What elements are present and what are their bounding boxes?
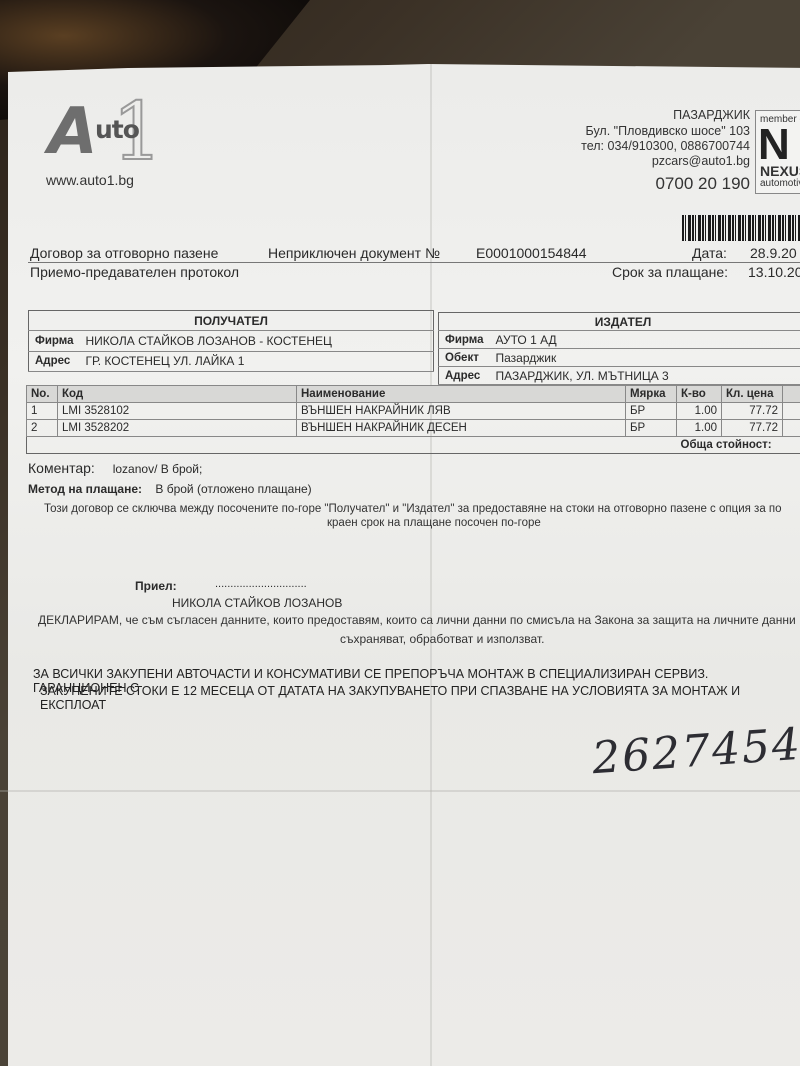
issuer-box: ИЗДАТЕЛ Фирма АУТО 1 АД Обект Пазарджик … xyxy=(438,312,800,385)
row-extra xyxy=(783,403,800,420)
date-label: Дата: xyxy=(692,245,727,261)
doc-subtype: Приемо-предавателен протокол xyxy=(30,264,239,280)
badge-name: NEXUS xyxy=(760,163,800,179)
total-label: Обща стойност: xyxy=(677,437,800,454)
contract-text-line2: краен срок на плащане посочен по-горе xyxy=(327,517,541,529)
row-price: 77.72 xyxy=(722,420,783,437)
payment-label: Метод на плащане: xyxy=(28,482,142,496)
signature-line: .............................. xyxy=(215,578,307,590)
company-website: www.auto1.bg xyxy=(46,172,134,188)
issuer-address: ПАЗАРДЖИК, УЛ. МЪТНИЦА 3 xyxy=(490,367,800,385)
comment-line: Коментар: lozanov/ В брой; xyxy=(28,460,202,476)
doc-number-label: Неприключен документ № xyxy=(268,245,440,261)
items-table: No. Код Наименование Мярка К-во Кл. цена… xyxy=(26,385,800,454)
col-no: No. xyxy=(27,386,58,403)
logo-letter: A xyxy=(48,100,98,164)
company-city: ПАЗАРДЖИК xyxy=(673,108,750,122)
col-name: Наименование xyxy=(297,386,626,403)
items-header-row: No. Код Наименование Мярка К-во Кл. цена xyxy=(27,386,800,403)
paper-fold xyxy=(0,790,800,792)
badge-letter: N xyxy=(758,123,790,167)
col-code: Код xyxy=(58,386,297,403)
declaration-line2: съхраняват, обработват и използват. xyxy=(340,632,544,646)
recipient-address-label: Адрес xyxy=(29,351,80,371)
row-code: LMI 3528102 xyxy=(58,403,297,420)
issuer-title: ИЗДАТЕЛ xyxy=(439,313,800,331)
row-unit: БР xyxy=(626,420,677,437)
col-qty: К-во xyxy=(677,386,722,403)
warranty-line2: ЗАКУПЕНИТЕ СТОКИ Е 12 МЕСЕЦА ОТ ДАТАТА Н… xyxy=(40,684,800,712)
col-extra xyxy=(783,386,800,403)
received-label: Приел: xyxy=(135,579,177,593)
recipient-title: ПОЛУЧАТЕЛ xyxy=(29,311,434,331)
company-hotline: 0700 20 190 xyxy=(655,174,750,194)
due-date: 13.10.20 xyxy=(748,264,800,280)
recipient-address: ГР. КОСТЕНЕЦ УЛ. ЛАЙКА 1 xyxy=(80,351,434,371)
recipient-firm: НИКОЛА СТАЙКОВ ЛОЗАНОВ - КОСТЕНЕЦ xyxy=(80,331,434,351)
divider xyxy=(28,262,800,263)
row-price: 77.72 xyxy=(722,403,783,420)
issuer-object-label: Обект xyxy=(439,349,490,367)
row-qty: 1.00 xyxy=(677,420,722,437)
doc-type: Договор за отговорно пазене xyxy=(30,245,218,261)
row-qty: 1.00 xyxy=(677,403,722,420)
payment-line: Метод на плащане: В брой (отложено плаща… xyxy=(28,482,312,496)
row-name: ВЪНШЕН НАКРАЙНИК ДЕСЕН xyxy=(297,420,626,437)
row-code: LMI 3528202 xyxy=(58,420,297,437)
contract-text-line1: Този договор се сключва между посочените… xyxy=(44,503,782,515)
due-label: Срок за плащане: xyxy=(612,264,728,280)
table-row: 2 LMI 3528202 ВЪНШЕН НАКРАЙНИК ДЕСЕН БР … xyxy=(27,420,800,437)
issuer-firm: АУТО 1 АД xyxy=(490,331,800,349)
col-unit: Мярка xyxy=(626,386,677,403)
issuer-address-label: Адрес xyxy=(439,367,490,385)
company-address: Бул. "Пловдивско шосе" 103 xyxy=(586,124,750,138)
issuer-object: Пазарджик xyxy=(490,349,800,367)
row-no: 2 xyxy=(27,420,58,437)
row-unit: БР xyxy=(626,403,677,420)
total-row: Обща стойност: xyxy=(27,437,800,454)
row-no: 1 xyxy=(27,403,58,420)
issuer-firm-label: Фирма xyxy=(439,331,490,349)
comment-value: lozanov/ В брой; xyxy=(113,462,203,476)
row-name: ВЪНШЕН НАКРАЙНИК ЛЯВ xyxy=(297,403,626,420)
payment-value: В брой (отложено плащане) xyxy=(155,482,311,496)
paper-fold xyxy=(430,64,432,1066)
badge-sub: automotive xyxy=(760,178,800,189)
barcode xyxy=(682,215,800,241)
doc-number: E0001000154844 xyxy=(476,245,587,261)
logo-text: uto xyxy=(95,115,139,144)
recipient-box: ПОЛУЧАТЕЛ Фирма НИКОЛА СТАЙКОВ ЛОЗАНОВ -… xyxy=(28,310,434,372)
recipient-firm-label: Фирма xyxy=(29,331,80,351)
company-email: pzcars@auto1.bg xyxy=(652,154,750,168)
company-phones: тел: 034/910300, 0886700744 xyxy=(581,139,750,153)
table-row: 1 LMI 3528102 ВЪНШЕН НАКРАЙНИК ЛЯВ БР 1.… xyxy=(27,403,800,420)
nexus-badge: member of N NEXUS automotive xyxy=(755,110,800,194)
col-price: Кл. цена xyxy=(722,386,783,403)
comment-label: Коментар: xyxy=(28,460,95,476)
date-value: 28.9.20 xyxy=(750,245,797,261)
row-extra xyxy=(783,420,800,437)
received-name: НИКОЛА СТАЙКОВ ЛОЗАНОВ xyxy=(172,596,342,610)
declaration-line1: ДЕКЛАРИРАМ, че съм съгласен данните, кои… xyxy=(38,613,796,627)
